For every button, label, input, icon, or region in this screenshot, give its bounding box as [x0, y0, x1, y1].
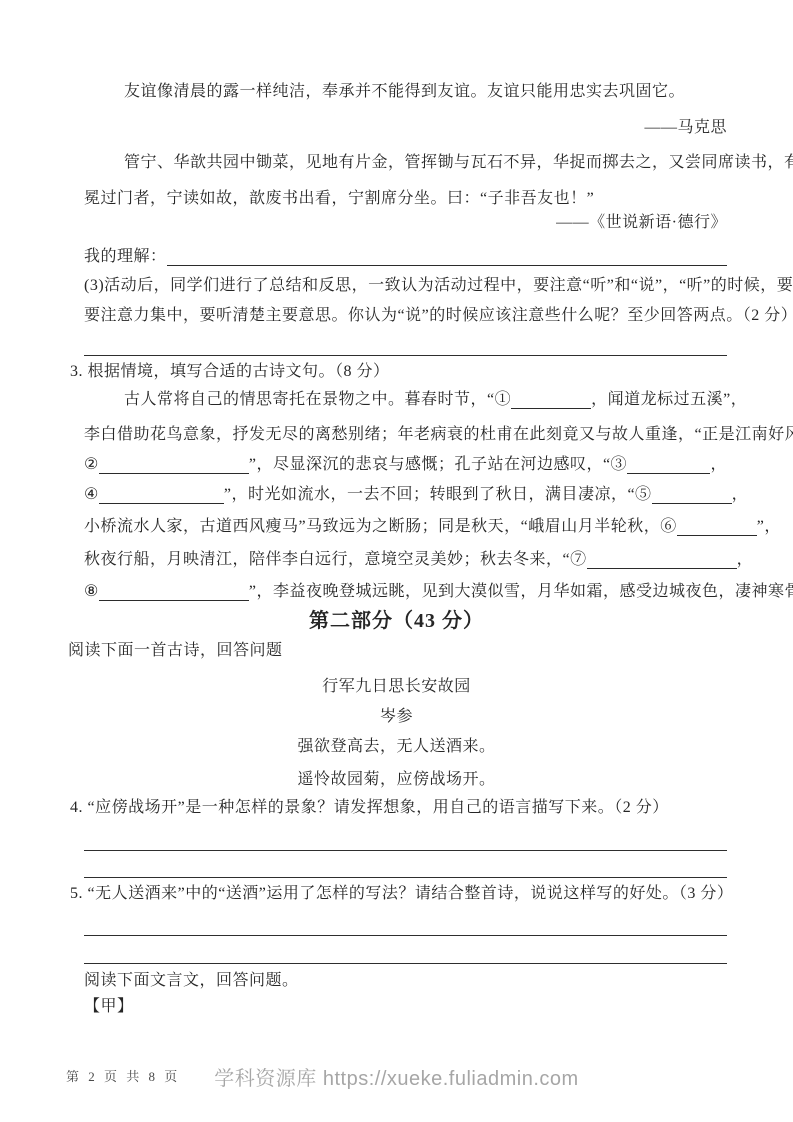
- quote-guanning-line-1: 管宁、华歆共园中锄菜，见地有片金，管挥锄与瓦石不异，华捉而掷去之，又尝同席读书，…: [84, 153, 727, 173]
- text-segment: ”，李益夜晚登城远眺，见到大漠似雪，月华如霜，感受边城夜色，凄神寒骨……: [249, 582, 793, 602]
- question-5-text: 5. “无人送酒来”中的“送酒”运用了怎样的写法？请结合整首诗，说说这样写的好处…: [70, 884, 727, 904]
- answer-blank: [587, 554, 737, 569]
- answer-blank: [167, 251, 727, 266]
- answer-blank: [99, 459, 249, 474]
- answer-blank: [627, 459, 710, 474]
- q3-fill-line-1: 古人常将自己的情思寄托在景物之中。暮春时节，“①，闻道龙标过五溪”，: [84, 390, 727, 410]
- classical-reading-intro: 阅读下面文言文，回答问题。: [84, 971, 727, 991]
- poem-author: 岑参: [66, 707, 727, 727]
- question-3-title: 3. 根据情境，填写合适的古诗文句。（8 分）: [70, 362, 727, 382]
- quote-guanning-source: ——《世说新语·德行》: [84, 213, 727, 233]
- text-segment: ②: [84, 455, 99, 475]
- text-segment: ，: [732, 485, 749, 505]
- text-segment: ”，尽显深沉的悲哀与感慨；孔子站在河边感叹，“③: [249, 455, 627, 475]
- answer-blank: [652, 489, 732, 504]
- q5-answer-line-1: [84, 935, 727, 936]
- q3-fill-line-3: ②”，尽显深沉的悲哀与感慨；孔子站在河边感叹，“③，: [84, 455, 727, 475]
- text-segment: 秋夜行船，月映清江，陪伴李白远行，意境空灵美妙；秋去冬来，“⑦: [84, 550, 587, 570]
- text-segment: ，: [710, 455, 727, 475]
- answer-blank: [677, 521, 757, 536]
- text-segment: 古人常将自己的情思寄托在景物之中。暮春时节，“①: [124, 390, 511, 410]
- footer-watermark: 学科资源库 https://xueke.fuliadmin.com: [0, 1062, 793, 1091]
- q4-answer-line-2: [84, 877, 727, 878]
- q3-fill-line-2: 李白借助花鸟意象，抒发无尽的离愁别绪；年老病衰的杜甫在此刻竟又与故人重逢，“正是…: [84, 425, 727, 445]
- answer-line: [84, 355, 727, 356]
- text-segment: 我的理解：: [84, 247, 167, 267]
- text-segment: ⑧: [84, 582, 99, 602]
- text-segment: ”，: [757, 517, 781, 537]
- text-segment: ，: [737, 550, 754, 570]
- poem-line-2: 遥怜故园菊，应傍战场开。: [66, 770, 727, 790]
- q3-fill-line-7: ⑧”，李益夜晚登城远眺，见到大漠似雪，月华如霜，感受边城夜色，凄神寒骨……: [84, 582, 727, 602]
- quote-marx-attribution: ——马克思: [84, 118, 727, 138]
- passage-jia-label: 【甲】: [84, 997, 727, 1017]
- my-understanding-line: 我的理解：: [84, 247, 727, 267]
- question-4-text: 4. “应傍战场开”是一种怎样的景象？请发挥想象，用自己的语言描写下来。（2 分…: [70, 798, 727, 818]
- answer-blank: [99, 586, 249, 601]
- q3-fill-line-4: ④”，时光如流水，一去不回；转眼到了秋日，满目凄凉，“⑤，: [84, 485, 727, 505]
- poem-reading-intro: 阅读下面一首古诗，回答问题: [68, 641, 727, 661]
- q3-fill-line-5: 小桥流水人家，古道西风瘦马”马致远为之断肠；同是秋天，“峨眉山月半轮秋，⑥”，: [84, 517, 727, 537]
- activity-question-3-line-2: 要注意力集中，要听清楚主要意思。你认为“说”的时候应该注意些什么呢？至少回答两点…: [84, 306, 727, 326]
- text-segment: ，闻道龙标过五溪”，: [591, 390, 747, 410]
- activity-question-3-line-1: (3)活动后，同学们进行了总结和反思，一致认为活动过程中，要注意“听”和“说”，…: [84, 276, 727, 296]
- answer-blank: [99, 489, 224, 504]
- q5-answer-line-2: [84, 963, 727, 964]
- answer-blank: [511, 394, 591, 409]
- text-segment: 小桥流水人家，古道西风瘦马”马致远为之断肠；同是秋天，“峨眉山月半轮秋，⑥: [84, 517, 677, 537]
- q3-fill-line-6: 秋夜行船，月映清江，陪伴李白远行，意境空灵美妙；秋去冬来，“⑦，: [84, 550, 727, 570]
- text-segment: ④: [84, 485, 99, 505]
- poem-line-1: 强欲登高去，无人送酒来。: [66, 737, 727, 757]
- part-2-heading: 第二部分（43 分）: [66, 611, 727, 631]
- poem-title: 行军九日思长安故园: [66, 677, 727, 697]
- text-segment: ”，时光如流水，一去不回；转眼到了秋日，满目凄凉，“⑤: [224, 485, 652, 505]
- q4-answer-line-1: [84, 850, 727, 851]
- quote-guanning-line-2: 冕过门者，宁读如故，歆废书出看，宁割席分坐。曰：“子非吾友也！”: [84, 189, 727, 209]
- exam-paper-page: 友谊像清晨的露一样纯洁，奉承并不能得到友谊。友谊只能用忠实去巩固它。 ——马克思…: [0, 0, 793, 1122]
- quote-marx-text: 友谊像清晨的露一样纯洁，奉承并不能得到友谊。友谊只能用忠实去巩固它。: [84, 82, 727, 102]
